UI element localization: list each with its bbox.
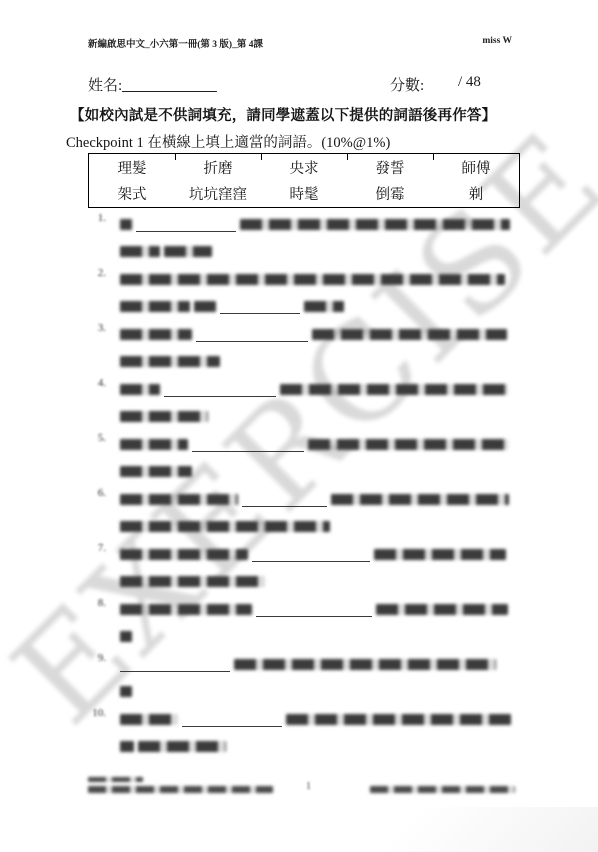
question-item: 9. bbox=[88, 645, 514, 700]
redacted-text bbox=[120, 494, 238, 505]
question-lines bbox=[120, 260, 514, 315]
redacted-text bbox=[120, 714, 178, 725]
question-line bbox=[120, 590, 514, 618]
redacted-text bbox=[120, 741, 134, 752]
page-number: 1 bbox=[306, 781, 311, 792]
redacted-text bbox=[120, 246, 160, 257]
word-bank-item: 架式 bbox=[118, 183, 147, 204]
question-item: 6. bbox=[88, 480, 514, 535]
redacted-footer-text bbox=[370, 786, 515, 793]
question-line bbox=[120, 673, 514, 701]
question-number: 1. bbox=[88, 205, 106, 233]
redacted-text bbox=[331, 494, 509, 505]
question-line bbox=[120, 425, 514, 453]
word-bank-item: 理髮 bbox=[118, 157, 147, 178]
scan-shadow bbox=[298, 807, 598, 852]
name-blank-line bbox=[122, 91, 217, 92]
word-bank-item: 央求 bbox=[290, 157, 319, 178]
question-lines bbox=[120, 480, 514, 535]
word-bank-item: 師傅 bbox=[462, 157, 491, 178]
redacted-text bbox=[120, 686, 132, 697]
question-item: 4. bbox=[88, 370, 514, 425]
answer-blank bbox=[182, 712, 282, 727]
redacted-text bbox=[376, 604, 508, 615]
answer-blank bbox=[164, 382, 276, 397]
score-total: / 48 bbox=[458, 74, 481, 91]
question-number: 10. bbox=[88, 700, 106, 728]
redacted-text bbox=[120, 576, 265, 587]
question-line bbox=[120, 233, 514, 261]
word-bank-item: 發誓 bbox=[376, 157, 405, 178]
question-line bbox=[120, 535, 514, 563]
column-divider-tick bbox=[347, 154, 348, 160]
redacted-text bbox=[374, 549, 506, 560]
redacted-text bbox=[120, 356, 220, 367]
questions-list: 1.2.3.4.5.6.7.8.9.10. bbox=[88, 205, 514, 755]
question-lines bbox=[120, 370, 514, 425]
redacted-text bbox=[312, 329, 507, 340]
question-line bbox=[120, 260, 514, 288]
question-line bbox=[120, 343, 514, 371]
redacted-text bbox=[120, 329, 192, 340]
question-line bbox=[120, 563, 514, 591]
redacted-text bbox=[120, 274, 505, 285]
header-teacher-name: miss W bbox=[482, 36, 512, 50]
question-item: 10. bbox=[88, 700, 514, 755]
redacted-text bbox=[234, 659, 496, 670]
question-line bbox=[120, 453, 514, 481]
answer-blank bbox=[192, 437, 304, 452]
page-header: 新編啟思中文_小六第一冊(第 3 版)_第 4課 miss W bbox=[88, 36, 512, 50]
column-divider-tick bbox=[261, 154, 262, 160]
redacted-text bbox=[164, 246, 212, 257]
answer-blank bbox=[252, 547, 370, 562]
question-item: 2. bbox=[88, 260, 514, 315]
answer-blank bbox=[256, 602, 372, 617]
question-number: 3. bbox=[88, 315, 106, 343]
redacted-text bbox=[194, 301, 216, 312]
word-bank-table: 理髮 折磨 央求 發誓 師傅 架式 坑坑窪窪 時髦 倒霉 剃 bbox=[88, 153, 520, 208]
question-line bbox=[120, 315, 514, 343]
word-bank-item: 剃 bbox=[469, 183, 484, 204]
redacted-text bbox=[120, 439, 188, 450]
question-line bbox=[120, 480, 514, 508]
header-course-title: 新編啟思中文_小六第一冊(第 3 版)_第 4課 bbox=[88, 36, 263, 50]
redacted-text bbox=[120, 631, 132, 642]
question-lines bbox=[120, 205, 514, 260]
word-bank-item: 坑坑窪窪 bbox=[189, 183, 247, 204]
answer-blank bbox=[220, 299, 300, 314]
page-content: 新編啟思中文_小六第一冊(第 3 版)_第 4課 miss W 姓名: 分數: … bbox=[0, 0, 598, 852]
name-score-row: 姓名: 分數: / 48 bbox=[0, 74, 598, 96]
answer-blank bbox=[136, 217, 236, 232]
question-line bbox=[120, 700, 515, 728]
checkpoint-title: Checkpoint 1 在橫線上填上適當的詞語。(10%@1%) bbox=[66, 131, 390, 152]
column-divider-tick bbox=[175, 154, 176, 160]
question-item: 3. bbox=[88, 315, 514, 370]
answer-blank bbox=[242, 492, 327, 507]
question-number: 9. bbox=[88, 645, 106, 673]
question-line bbox=[120, 370, 514, 398]
score-label: 分數: bbox=[390, 74, 424, 95]
answer-blank bbox=[120, 657, 230, 672]
redacted-footer-text bbox=[88, 777, 143, 782]
question-item: 7. bbox=[88, 535, 514, 590]
name-label: 姓名: bbox=[88, 74, 122, 95]
redacted-text bbox=[304, 301, 344, 312]
redacted-text bbox=[280, 384, 508, 395]
question-item: 5. bbox=[88, 425, 514, 480]
redacted-text bbox=[120, 219, 132, 230]
question-number: 6. bbox=[88, 480, 106, 508]
question-item: 8. bbox=[88, 590, 514, 645]
question-line bbox=[120, 645, 514, 673]
question-number: 7. bbox=[88, 535, 106, 563]
redacted-text bbox=[120, 466, 192, 477]
redacted-text bbox=[120, 604, 252, 615]
redacted-text bbox=[240, 219, 510, 230]
question-number: 5. bbox=[88, 425, 106, 453]
question-line bbox=[120, 728, 515, 756]
redacted-text bbox=[308, 439, 508, 450]
redacted-text bbox=[286, 714, 511, 725]
redacted-text bbox=[138, 741, 226, 752]
question-line bbox=[120, 205, 514, 233]
question-number: 4. bbox=[88, 370, 106, 398]
cover-instruction: 【如校內試是不供詞填充，請同學遮蓋以下提供的詞語後再作答】 bbox=[70, 104, 496, 125]
redacted-text bbox=[120, 384, 160, 395]
question-lines bbox=[120, 315, 514, 370]
redacted-text bbox=[120, 411, 208, 422]
word-bank-item: 倒霉 bbox=[376, 183, 405, 204]
question-line bbox=[120, 618, 514, 646]
worksheet-page: EXERCISE 新編啟思中文_小六第一冊(第 3 版)_第 4課 miss W… bbox=[0, 0, 598, 852]
question-item: 1. bbox=[88, 205, 514, 260]
answer-blank bbox=[196, 327, 308, 342]
question-lines bbox=[120, 590, 514, 645]
question-number: 8. bbox=[88, 590, 106, 618]
redacted-text bbox=[120, 521, 330, 532]
question-lines bbox=[120, 700, 515, 755]
question-line bbox=[120, 398, 514, 426]
question-lines bbox=[120, 645, 514, 700]
question-number: 2. bbox=[88, 260, 106, 288]
question-line bbox=[120, 508, 514, 536]
question-lines bbox=[120, 535, 514, 590]
word-bank-item: 時髦 bbox=[290, 183, 319, 204]
word-bank-item: 折磨 bbox=[204, 157, 233, 178]
question-line bbox=[120, 288, 514, 316]
redacted-text bbox=[120, 549, 248, 560]
redacted-text bbox=[120, 301, 190, 312]
question-lines bbox=[120, 425, 514, 480]
column-divider-tick bbox=[433, 154, 434, 160]
redacted-footer-text bbox=[88, 786, 273, 793]
